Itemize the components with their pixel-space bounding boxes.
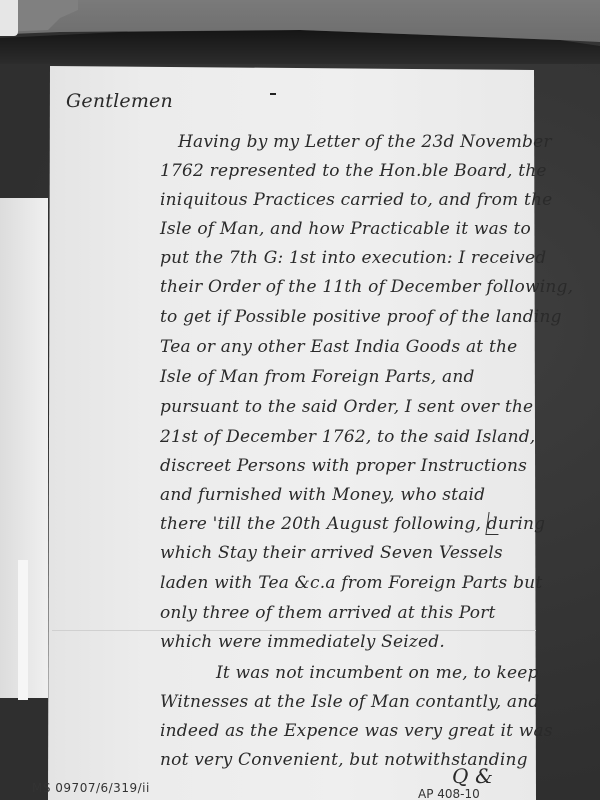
letter-line-20: Witnesses at the Isle of Man contantly, … — [160, 692, 539, 712]
underlying-page-edge — [18, 560, 28, 700]
letter-line-2: 1762 represented to the Hon.ble Board, t… — [160, 161, 547, 181]
letter-line-6: their Order of the 11th of December foll… — [160, 277, 573, 297]
letter-line-8: Tea or any other East India Goods at the — [160, 337, 517, 357]
letter-line-21: indeed as the Expence was very great it … — [160, 721, 553, 741]
letter-line-12: discreet Persons with proper Instruction… — [160, 456, 527, 476]
letter-line-18: which were immediately Seized. — [160, 632, 445, 652]
ink-dash — [270, 93, 276, 95]
letter-line-5: put the 7th G: 1st into execution: I rec… — [160, 248, 546, 268]
letter-line-19: It was not incumbent on me, to keep — [216, 663, 539, 683]
letter-line-10: pursuant to the said Order, I sent over … — [160, 397, 533, 417]
letter-line-16: laden with Tea &c.a from Foreign Parts b… — [160, 573, 542, 593]
letter-line-15: which Stay their arrived Seven Vessels — [160, 543, 503, 563]
letter-line-7: to get if Possible positive proof of the… — [160, 307, 562, 327]
letter-line-3: iniquitous Practices carried to, and fro… — [160, 190, 552, 210]
letter-line-1: Having by my Letter of the 23d November — [178, 132, 552, 152]
paper-clip — [0, 0, 18, 36]
letter-line-9: Isle of Man from Foreign Parts, and — [160, 367, 475, 387]
catchword: Q & — [452, 764, 493, 788]
letter-line-11: 21st of December 1762, to the said Islan… — [160, 427, 535, 447]
page-fold-crease — [52, 630, 536, 631]
letter-line-13: and furnished with Money, who staid — [160, 485, 485, 505]
salutation: Gentlemen — [66, 90, 173, 112]
archive-reference-right: AP 408-10 — [418, 787, 480, 800]
letter-line-17: only three of them arrived at this Port — [160, 603, 496, 623]
archive-reference-left: MS 09707/6/319/ii — [32, 781, 150, 795]
letter-line-4: Isle of Man, and how Practicable it was … — [160, 219, 531, 239]
